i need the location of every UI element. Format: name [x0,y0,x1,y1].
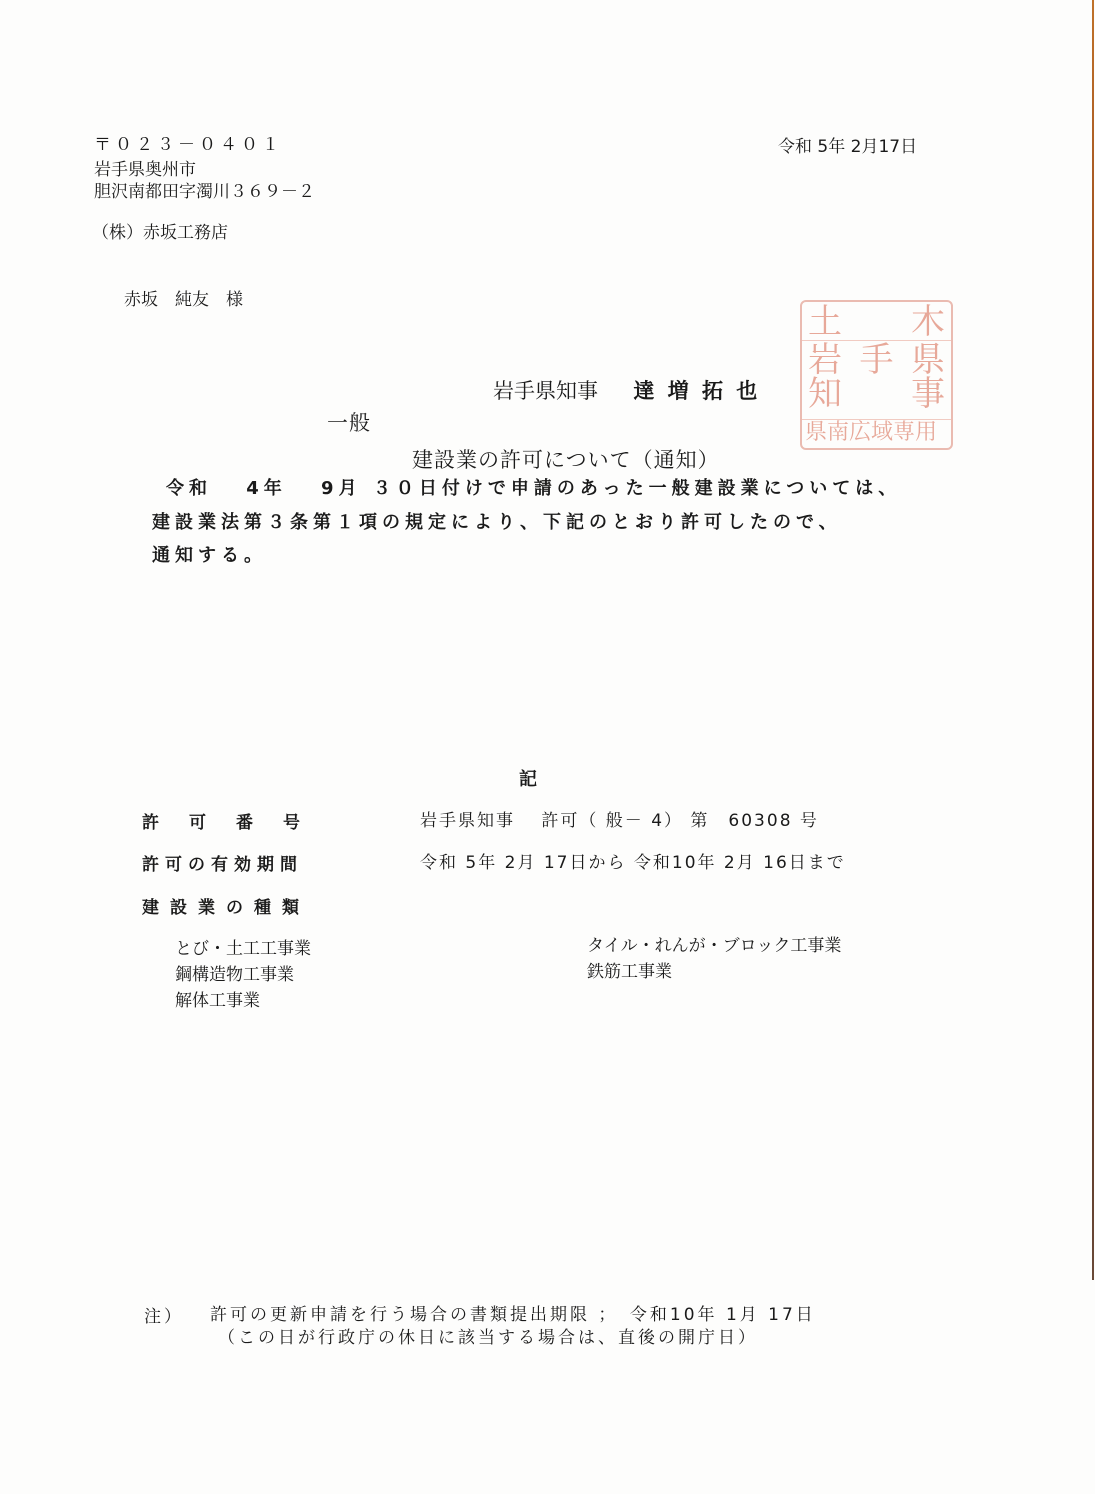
note-prefix: 注） [144,1302,184,1327]
official-seal: 土 木 岩 手 県 知 事 県南広域専用 [800,300,953,450]
body-line-3: 通知する。 [152,541,267,567]
note-line-1: 許可の更新申請を行う場合の書類提出期限 ； 令和10年 1月 17日 [210,1300,816,1325]
field-label-permit-number: 許可番号 [142,808,330,833]
construction-types-left: とび・土工工事業 鋼構造物工事業 解体工事業 [175,936,311,1014]
construction-type-item: 解体工事業 [175,988,311,1014]
postal-code: 〒０２３－０４０１ [94,130,283,155]
seal-row-1: 土 木 [802,304,951,341]
construction-type-item: タイル・れんが・ブロック工事業 [587,933,841,959]
note-line-2: （この日が行政庁の休日に該当する場合は、直後の開庁日） [218,1323,758,1348]
field-value-permit-number: 岩手県知事 許可（ 般－ 4） 第 60308 号 [420,806,819,831]
field-value-validity-period: 令和 5年 2月 17日から 令和10年 2月 16日まで [420,848,846,873]
address-line2: 胆沢南都田字濁川３６９－２ [94,177,315,202]
body-line-2: 建設業法第３条第１項の規定により、下記のとおり許可したので、 [152,508,842,534]
seal-row-3: 知 事 [802,376,951,412]
issue-date: 令和 5年 2月17日 [778,132,917,157]
issuer-line: 岩手県知事 達 増 拓 也 [493,375,760,405]
issuer-title: 岩手県知事 [493,379,598,403]
construction-type-item: 鉄筋工事業 [587,959,841,985]
construction-type-item: 鋼構造物工事業 [175,962,311,988]
field-label-validity-period: 許可の有効期間 [142,850,303,875]
company-name: （株）赤坂工務店 [92,218,228,243]
recipient-name: 赤坂 純友 様 [124,285,243,310]
ki-marker: 記 [519,765,537,791]
body-line-1: 令和 4年 9月 ３０日付けで申請のあった一般建設業については、 [166,474,901,500]
document-subject: 建設業の許可について（通知） [412,444,720,474]
page-edge-line [1092,0,1094,1280]
category-label: 一般 [327,407,371,437]
seal-row-4: 県南広域専用 [802,419,951,446]
construction-type-item: とび・土工工事業 [175,936,311,962]
field-label-construction-types: 建設業の種類 [142,893,310,918]
construction-types-right: タイル・れんが・ブロック工事業 鉄筋工事業 [587,933,841,985]
seal-row-2: 岩 手 県 [802,342,951,378]
issuer-name: 達 増 拓 也 [633,379,760,403]
